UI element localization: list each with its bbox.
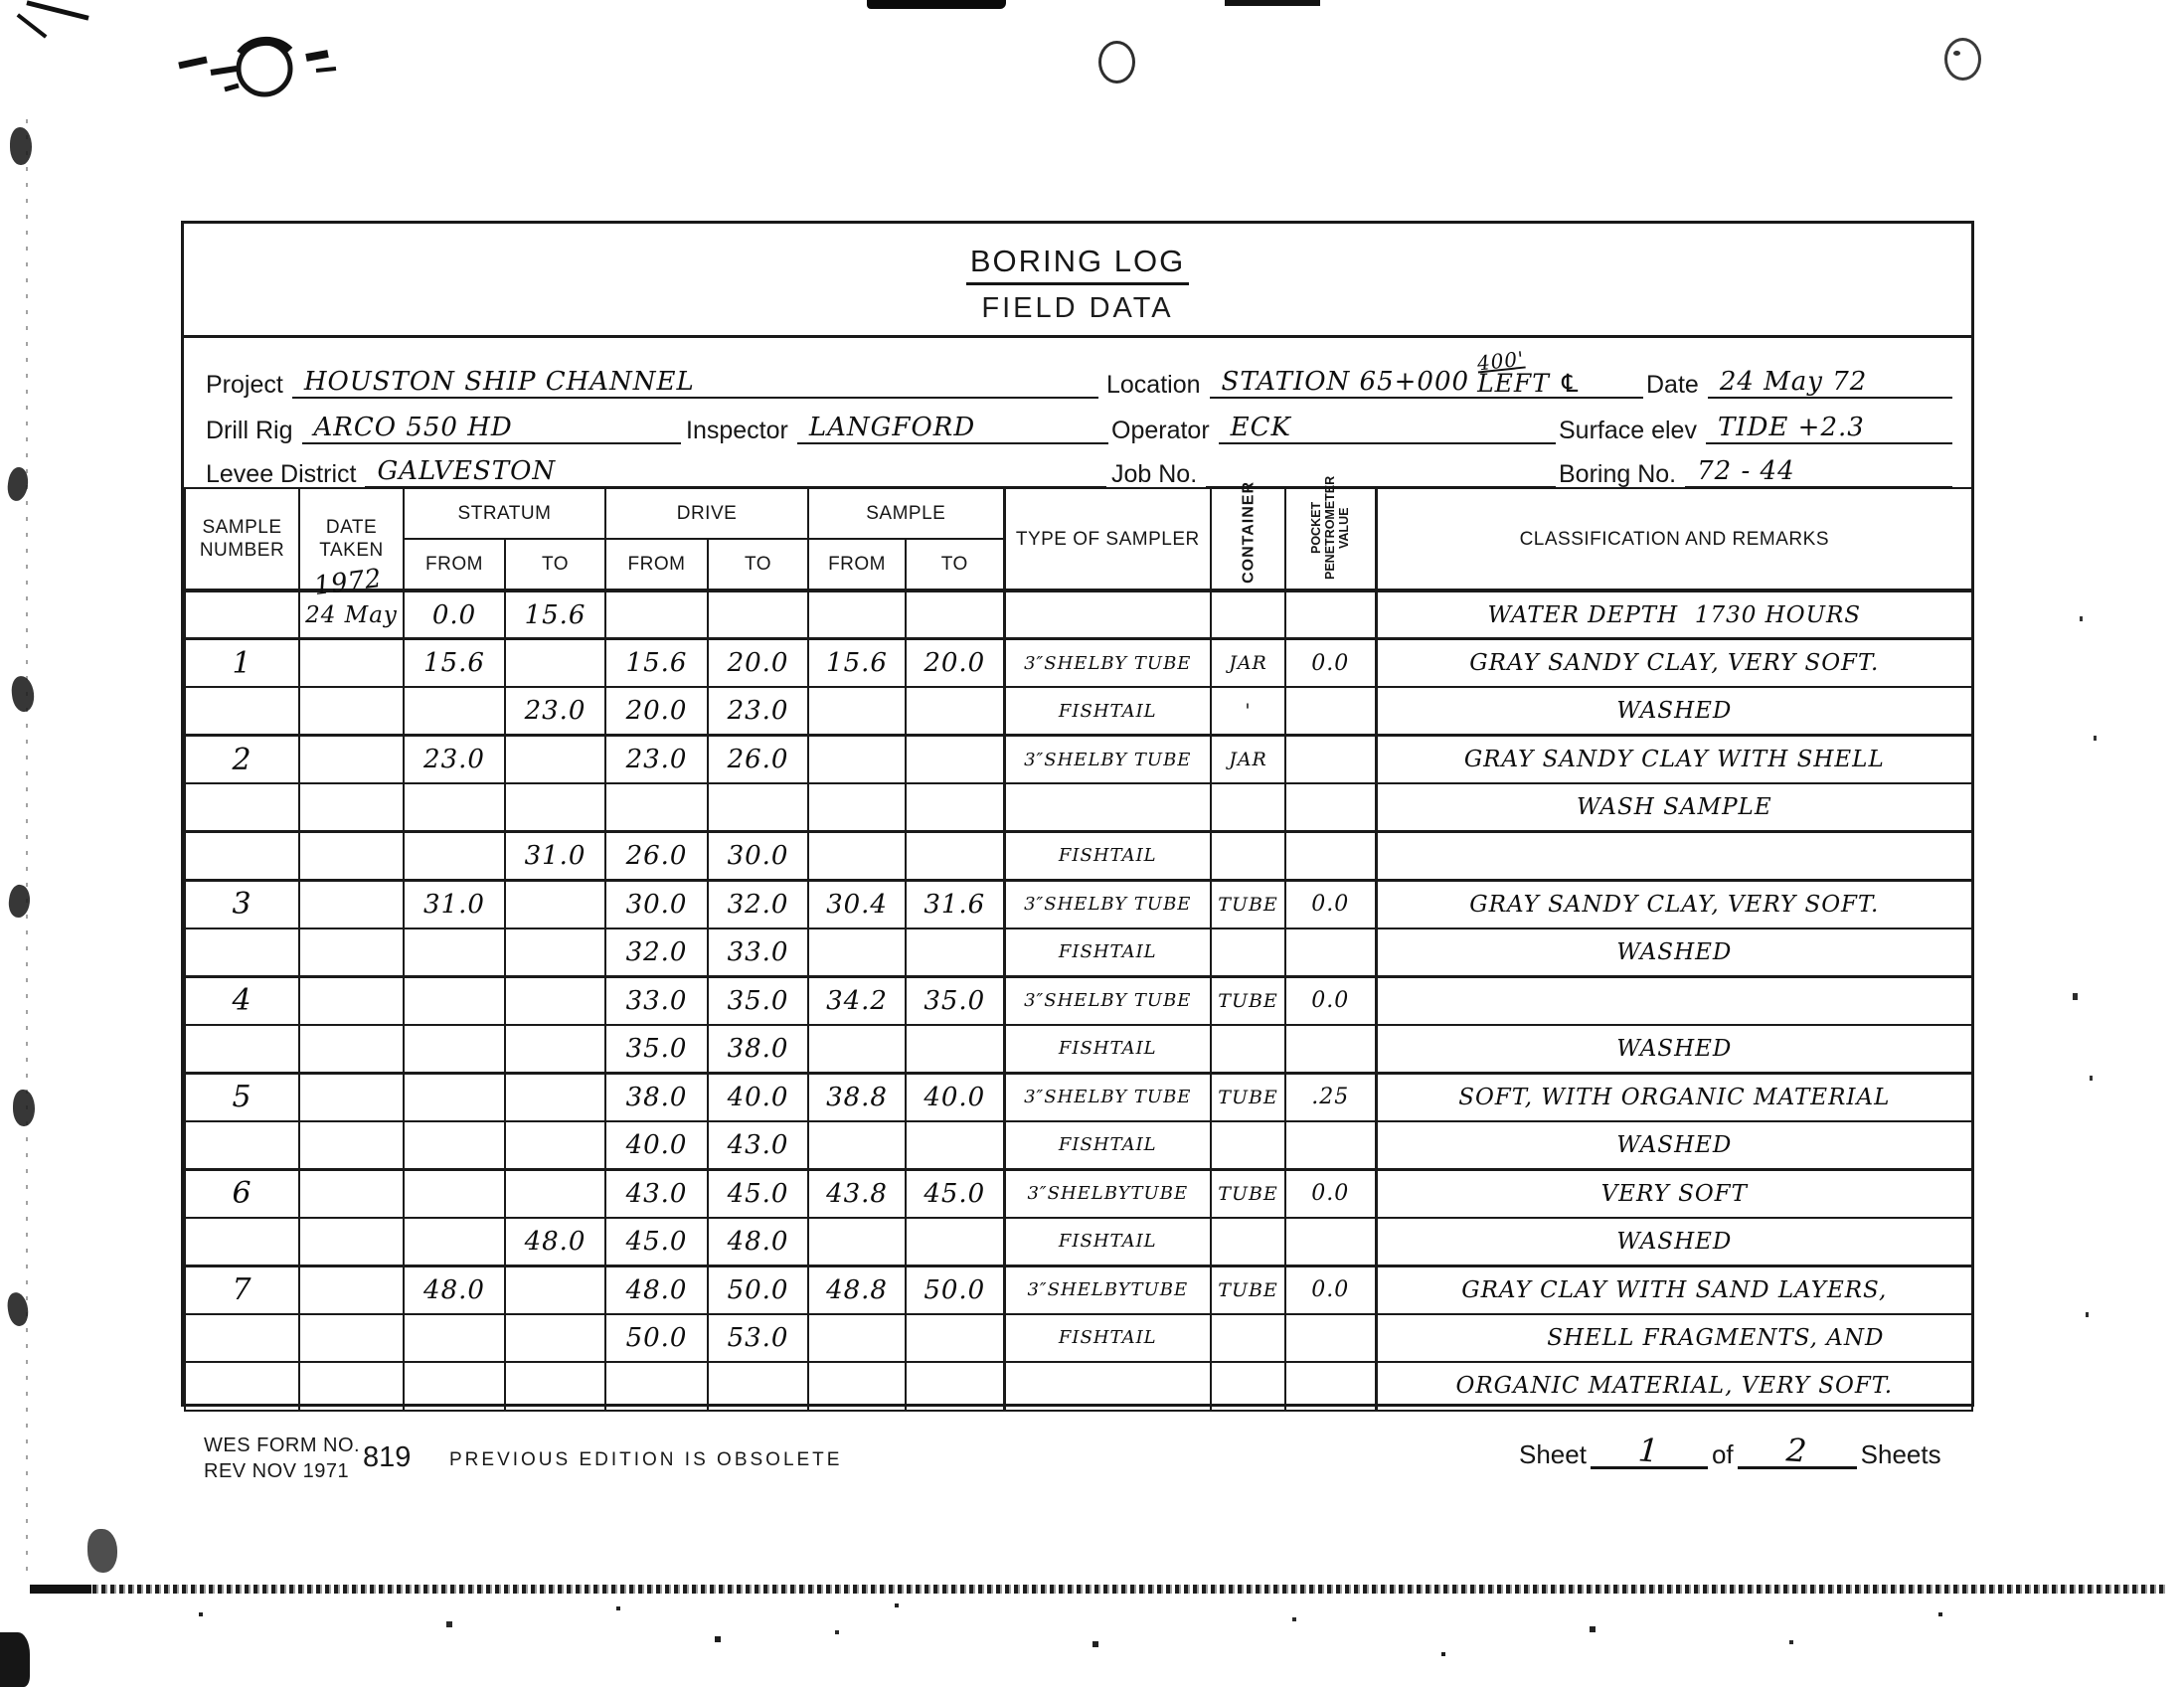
cell-sampler-type: FISHTAIL (1004, 928, 1211, 977)
header-type-of-sampler: TYPE OF SAMPLER (1004, 488, 1211, 590)
cell-classification-remarks: WASHED (1376, 928, 1972, 977)
table-row: 48.0 45.0 48.0 FISHTAIL WASHED (185, 1218, 1972, 1266)
wes-form-no-line1: WES FORM NO. (204, 1433, 360, 1458)
cell-penetrometer-value: .25 (1285, 1073, 1376, 1121)
scan-artifact-corner-stroke (17, 13, 48, 38)
drill-rig-field: Drill Rig ARCO 550 HD (206, 403, 681, 444)
cell-stratum-from (404, 783, 505, 832)
drill-rig-label: Drill Rig (206, 417, 302, 444)
pen-scribble-punch-hole (149, 28, 358, 111)
cell-sample-to (906, 1121, 1004, 1170)
header-sample-number: SAMPLE NUMBER (185, 488, 299, 590)
scan-smudge (87, 1529, 117, 1573)
cell-sampler-type (1004, 1362, 1211, 1411)
cell-container (1211, 832, 1285, 881)
cell-sample-number (185, 1362, 299, 1411)
cell-drive-to (708, 590, 808, 639)
cell-penetrometer-value (1285, 1362, 1376, 1411)
cell-drive-from: 32.0 (605, 928, 708, 977)
scan-smudge (0, 1632, 30, 1687)
cell-sample-from (808, 1362, 906, 1411)
cell-sample-to: 45.0 (906, 1169, 1004, 1218)
table-row: 23.0 20.0 23.0 FISHTAIL ' WASHED (185, 687, 1972, 736)
cell-sampler-type: 3″SHELBYTUBE (1004, 1169, 1211, 1218)
cell-sample-number (185, 783, 299, 832)
cell-drive-to: 45.0 (708, 1169, 808, 1218)
table-row: 2 23.0 23.0 26.0 3″SHELBY TUBE JAR GRAY … (185, 736, 1972, 784)
punch-hole (1098, 41, 1135, 84)
boring-no-value: 72 - 44 (1697, 457, 1794, 485)
cell-drive-from: 43.0 (605, 1169, 708, 1218)
table-row: 5 38.0 40.0 38.8 40.0 3″SHELBY TUBE TUBE… (185, 1073, 1972, 1121)
location-value: STATION 65+000 (1222, 368, 1470, 396)
cell-stratum-from (404, 687, 505, 736)
cell-stratum-from (404, 928, 505, 977)
cell-stratum-to (505, 928, 605, 977)
cell-sample-number (185, 687, 299, 736)
cell-sample-from (808, 736, 906, 784)
cell-container: JAR (1211, 639, 1285, 688)
cell-container (1211, 928, 1285, 977)
cell-sample-from (808, 1025, 906, 1074)
table-row: 7 48.0 48.0 50.0 48.8 50.0 3″SHELBYTUBE … (185, 1265, 1972, 1314)
cell-sample-number: 6 (185, 1169, 299, 1218)
cell-drive-to: 40.0 (708, 1073, 808, 1121)
cell-drive-from: 50.0 (605, 1314, 708, 1363)
surface-elev-underline: TIDE +2.3 (1706, 414, 1952, 444)
cell-stratum-to (505, 1121, 605, 1170)
cell-date-taken (299, 783, 404, 832)
project-label: Project (206, 371, 292, 399)
cell-container (1211, 1025, 1285, 1074)
cell-sample-from (808, 783, 906, 832)
table-row: 32.0 33.0 FISHTAIL WASHED (185, 928, 1972, 977)
table-row: 40.0 43.0 FISHTAIL WASHED (185, 1121, 1972, 1170)
table-row: ORGANIC MATERIAL, VERY SOFT. (185, 1362, 1972, 1411)
surface-elev-label: Surface elev (1559, 417, 1706, 444)
location-label: Location (1106, 371, 1210, 399)
scan-smudge (13, 1090, 35, 1126)
cell-penetrometer-value: 0.0 (1285, 880, 1376, 928)
cell-sampler-type: FISHTAIL (1004, 1121, 1211, 1170)
cell-stratum-from: 0.0 (404, 590, 505, 639)
cell-penetrometer-value: 0.0 (1285, 1265, 1376, 1314)
cell-date-taken (299, 1265, 404, 1314)
cell-sample-number (185, 1314, 299, 1363)
wes-form-number-block: WES FORM NO. REV NOV 1971 (204, 1433, 360, 1484)
cell-container: TUBE (1211, 1073, 1285, 1121)
cell-classification-remarks: WASHED (1376, 687, 1972, 736)
location-field: Location STATION 65+000 400' LEFT ℄ (1106, 357, 1643, 399)
cell-date-taken (299, 1073, 404, 1121)
cell-stratum-from (404, 1314, 505, 1363)
project-underline: HOUSTON SHIP CHANNEL (292, 368, 1098, 399)
cell-penetrometer-value (1285, 736, 1376, 784)
operator-value: ECK (1231, 414, 1291, 441)
location-tail-value: LEFT ℄ (1477, 371, 1582, 396)
sheet-number-value: 1 (1637, 1434, 1660, 1465)
cell-sample-number: 2 (185, 736, 299, 784)
cell-drive-to: 48.0 (708, 1218, 808, 1266)
cell-date-taken (299, 687, 404, 736)
cell-classification-remarks: WASH SAMPLE (1376, 783, 1972, 832)
header-stratum-from: FROM (404, 539, 505, 590)
form-title-block: BORING LOG FIELD DATA (184, 244, 1971, 325)
cell-stratum-to (505, 1362, 605, 1411)
boring-no-label: Boring No. (1559, 460, 1685, 488)
total-sheets-value: 2 (1785, 1434, 1808, 1465)
cell-drive-to (708, 1362, 808, 1411)
cell-date-taken (299, 1362, 404, 1411)
cell-drive-to: 20.0 (708, 639, 808, 688)
title-divider-rule (184, 335, 1971, 338)
cell-classification-remarks (1376, 832, 1972, 881)
levee-district-value: GALVESTON (377, 457, 556, 485)
cell-stratum-from (404, 1218, 505, 1266)
cell-sample-to (906, 736, 1004, 784)
project-value: HOUSTON SHIP CHANNEL (304, 368, 695, 396)
cell-sample-number (185, 1025, 299, 1074)
obsolete-note: PREVIOUS EDITION IS OBSOLETE (449, 1449, 842, 1471)
cell-stratum-from (404, 1025, 505, 1074)
header-sample-to: TO (906, 539, 1004, 590)
cell-container: ' (1211, 687, 1285, 736)
cell-stratum-to: 23.0 (505, 687, 605, 736)
location-insert-value: 400' (1476, 352, 1525, 374)
total-sheets-underline: 2 (1738, 1435, 1857, 1469)
cell-sampler-type: 3″SHELBYTUBE (1004, 1265, 1211, 1314)
cell-date-taken (299, 976, 404, 1025)
form-subtitle: FIELD DATA (184, 292, 1971, 325)
operator-label: Operator (1111, 417, 1219, 444)
cell-sampler-type: 3″SHELBY TUBE (1004, 880, 1211, 928)
cell-sample-from (808, 1314, 906, 1363)
of-label: of (1712, 1439, 1734, 1469)
cell-sample-number: 7 (185, 1265, 299, 1314)
cell-sample-from (808, 1121, 906, 1170)
scanned-boring-log-page: BORING LOG FIELD DATA Project HOUSTON SH… (0, 0, 2184, 1687)
cell-classification-remarks: SOFT, WITH ORGANIC MATERIAL (1376, 1073, 1972, 1121)
cell-drive-from: 26.0 (605, 832, 708, 881)
cell-sampler-type: 3″SHELBY TUBE (1004, 736, 1211, 784)
table-row: 31.0 26.0 30.0 FISHTAIL (185, 832, 1972, 881)
job-no-label: Job No. (1111, 460, 1206, 488)
header-pocket-penetrometer: POCKET PENETROMETER VALUE (1285, 488, 1376, 590)
cell-penetrometer-value: 0.0 (1285, 639, 1376, 688)
header-classification-remarks: CLASSIFICATION AND REMARKS (1376, 488, 1972, 590)
cell-stratum-to: 31.0 (505, 832, 605, 881)
cell-container (1211, 1218, 1285, 1266)
cell-classification-remarks: WASHED (1376, 1218, 1972, 1266)
date-taken-year-note: 1972 (313, 568, 383, 598)
project-field: Project HOUSTON SHIP CHANNEL (206, 357, 1098, 399)
cell-sample-to (906, 783, 1004, 832)
cell-drive-to: 30.0 (708, 832, 808, 881)
cell-sample-number (185, 590, 299, 639)
cell-drive-from (605, 1362, 708, 1411)
sheet-label: Sheet (1519, 1439, 1587, 1469)
cell-drive-from: 48.0 (605, 1265, 708, 1314)
cell-classification-remarks: GRAY CLAY WITH SAND LAYERS, (1376, 1265, 1972, 1314)
cell-sampler-type (1004, 590, 1211, 639)
cell-sample-to (906, 1218, 1004, 1266)
cell-sampler-type: FISHTAIL (1004, 1025, 1211, 1074)
cell-stratum-to (505, 639, 605, 688)
cell-drive-from (605, 590, 708, 639)
cell-drive-from: 40.0 (605, 1121, 708, 1170)
cell-stratum-to: 15.6 (505, 590, 605, 639)
cell-stratum-from: 15.6 (404, 639, 505, 688)
table-row: WASH SAMPLE (185, 783, 1972, 832)
cell-sampler-type: FISHTAIL (1004, 1218, 1211, 1266)
cell-stratum-to (505, 1314, 605, 1363)
cell-sampler-type (1004, 783, 1211, 832)
table-row: 4 33.0 35.0 34.2 35.0 3″SHELBY TUBE TUBE… (185, 976, 1972, 1025)
cell-classification-remarks: WASHED (1376, 1121, 1972, 1170)
cell-sample-to: 40.0 (906, 1073, 1004, 1121)
table-row: 35.0 38.0 FISHTAIL WASHED (185, 1025, 1972, 1074)
scan-artifact-bottom-edge (30, 1585, 2167, 1594)
cell-container (1211, 1121, 1285, 1170)
cell-stratum-from (404, 1169, 505, 1218)
cell-penetrometer-value (1285, 928, 1376, 977)
cell-sample-to (906, 928, 1004, 977)
date-value: 24 May 72 (1720, 368, 1868, 396)
cell-drive-to: 53.0 (708, 1314, 808, 1363)
scan-artifact-corner-stroke (26, 0, 88, 20)
form-number: 819 (363, 1441, 411, 1474)
cell-sample-from (808, 1218, 906, 1266)
surface-elev-value: TIDE +2.3 (1718, 414, 1865, 441)
boring-no-underline: 72 - 44 (1685, 457, 1952, 488)
cell-sample-from (808, 928, 906, 977)
cell-stratum-to (505, 880, 605, 928)
cell-date-taken (299, 1025, 404, 1074)
cell-date-taken (299, 928, 404, 977)
inspector-underline: LANGFORD (797, 414, 1108, 444)
scan-artifact-edge (867, 0, 1006, 9)
cell-classification-remarks: SHELL FRAGMENTS, AND (1376, 1314, 1972, 1363)
cell-penetrometer-value (1285, 1121, 1376, 1170)
scan-noise-dots (199, 1612, 203, 1616)
cell-drive-from: 30.0 (605, 880, 708, 928)
cell-stratum-from (404, 1073, 505, 1121)
wes-form-no-line2: REV NOV 1971 (204, 1458, 360, 1484)
cell-penetrometer-value (1285, 687, 1376, 736)
scan-smudge (10, 127, 32, 165)
cell-sampler-type: FISHTAIL (1004, 687, 1211, 736)
table-row: 3 31.0 30.0 32.0 30.4 31.6 3″SHELBY TUBE… (185, 880, 1972, 928)
cell-container (1211, 1314, 1285, 1363)
cell-stratum-from: 23.0 (404, 736, 505, 784)
cell-container (1211, 783, 1285, 832)
operator-underline: ECK (1219, 414, 1556, 444)
cell-drive-from: 15.6 (605, 639, 708, 688)
cell-container: TUBE (1211, 880, 1285, 928)
levee-district-label: Levee District (206, 460, 365, 488)
cell-container (1211, 1362, 1285, 1411)
cell-date-taken (299, 1218, 404, 1266)
drill-rig-value: ARCO 550 HD (314, 414, 513, 441)
cell-sample-to (906, 687, 1004, 736)
cell-container: JAR (1211, 736, 1285, 784)
cell-sample-from: 34.2 (808, 976, 906, 1025)
cell-classification-remarks: ORGANIC MATERIAL, VERY SOFT. (1376, 1362, 1972, 1411)
scan-noise-dots (2080, 616, 2083, 621)
cell-stratum-to: 48.0 (505, 1218, 605, 1266)
cell-sample-number (185, 1218, 299, 1266)
cell-sample-number (185, 1121, 299, 1170)
header-container: CONTAINER (1211, 488, 1285, 590)
cell-sample-number: 5 (185, 1073, 299, 1121)
cell-drive-from: 23.0 (605, 736, 708, 784)
location-insert-stack: 400' LEFT ℄ (1477, 354, 1582, 396)
cell-sample-to: 20.0 (906, 639, 1004, 688)
cell-stratum-from (404, 832, 505, 881)
cell-penetrometer-value (1285, 1314, 1376, 1363)
cell-date-taken (299, 1314, 404, 1363)
cell-stratum-to (505, 976, 605, 1025)
cell-classification-remarks: WASHED (1376, 1025, 1972, 1074)
table-row: 24 May 0.0 15.6 WATER DEPTH 1730 HOURS (185, 590, 1972, 639)
cell-sample-from (808, 687, 906, 736)
cell-penetrometer-value: 0.0 (1285, 1169, 1376, 1218)
header-date-taken: DATE TAKEN 1972 (299, 488, 404, 590)
cell-sample-number: 3 (185, 880, 299, 928)
sheet-number-underline: 1 (1591, 1435, 1708, 1469)
cell-sample-from: 30.4 (808, 880, 906, 928)
cell-drive-to: 38.0 (708, 1025, 808, 1074)
date-field: Date 24 May 72 (1646, 357, 1952, 399)
cell-sample-from (808, 832, 906, 881)
cell-penetrometer-value (1285, 832, 1376, 881)
table-row: 50.0 53.0 FISHTAIL SHELL FRAGMENTS, AND (185, 1314, 1972, 1363)
scan-smudge (10, 675, 36, 713)
cell-drive-to (708, 783, 808, 832)
cell-penetrometer-value: 0.0 (1285, 976, 1376, 1025)
sheets-label: Sheets (1861, 1439, 1941, 1469)
cell-sample-from: 15.6 (808, 639, 906, 688)
cell-sample-number: 4 (185, 976, 299, 1025)
cell-stratum-to (505, 1073, 605, 1121)
cell-drive-from: 38.0 (605, 1073, 708, 1121)
punch-hole (1944, 38, 1981, 81)
location-underline: STATION 65+000 400' LEFT ℄ (1210, 354, 1643, 399)
inspector-value: LANGFORD (809, 414, 975, 441)
cell-sample-number (185, 832, 299, 881)
cell-container: TUBE (1211, 976, 1285, 1025)
cell-sample-to (906, 590, 1004, 639)
cell-drive-to: 23.0 (708, 687, 808, 736)
header-drive-from: FROM (605, 539, 708, 590)
cell-sampler-type: 3″SHELBY TUBE (1004, 976, 1211, 1025)
cell-classification-remarks (1376, 976, 1972, 1025)
cell-drive-from: 33.0 (605, 976, 708, 1025)
cell-stratum-from (404, 1362, 505, 1411)
pocket-penetrometer-vertical-label: POCKET PENETROMETER VALUE (1309, 472, 1351, 584)
cell-drive-to: 33.0 (708, 928, 808, 977)
cell-sample-from (808, 590, 906, 639)
drill-rig-underline: ARCO 550 HD (302, 414, 682, 444)
cell-classification-remarks: GRAY SANDY CLAY WITH SHELL (1376, 736, 1972, 784)
cell-sample-from: 43.8 (808, 1169, 906, 1218)
date-underline: 24 May 72 (1708, 368, 1952, 399)
cell-classification-remarks: GRAY SANDY CLAY, VERY SOFT. (1376, 880, 1972, 928)
cell-date-taken (299, 639, 404, 688)
cell-date-taken (299, 1169, 404, 1218)
cell-sample-to (906, 1314, 1004, 1363)
cell-drive-to: 43.0 (708, 1121, 808, 1170)
surface-elev-field: Surface elev TIDE +2.3 (1559, 403, 1952, 444)
cell-sample-from: 48.8 (808, 1265, 906, 1314)
cell-container: TUBE (1211, 1169, 1285, 1218)
cell-stratum-from (404, 976, 505, 1025)
cell-penetrometer-value (1285, 590, 1376, 639)
cell-sampler-type: FISHTAIL (1004, 832, 1211, 881)
date-label: Date (1646, 371, 1708, 399)
cell-stratum-to (505, 783, 605, 832)
scan-artifact-edge (1225, 0, 1320, 6)
inspector-label: Inspector (686, 417, 797, 444)
cell-drive-to: 32.0 (708, 880, 808, 928)
scan-artifact-left-edge (26, 119, 28, 1581)
header-sample: SAMPLE (808, 488, 1004, 539)
form-title: BORING LOG (966, 244, 1189, 285)
cell-stratum-from (404, 1121, 505, 1170)
cell-drive-from: 45.0 (605, 1218, 708, 1266)
cell-classification-remarks: GRAY SANDY CLAY, VERY SOFT. (1376, 639, 1972, 688)
table-row: 1 15.6 15.6 20.0 15.6 20.0 3″SHELBY TUBE… (185, 639, 1972, 688)
cell-date-taken (299, 1121, 404, 1170)
cell-sample-from: 38.8 (808, 1073, 906, 1121)
cell-classification-remarks: VERY SOFT (1376, 1169, 1972, 1218)
cell-stratum-from: 31.0 (404, 880, 505, 928)
sheet-count-row: Sheet 1 of 2 Sheets (1519, 1428, 1981, 1469)
levee-district-field: Levee District GALVESTON (206, 446, 1106, 488)
cell-sample-to: 35.0 (906, 976, 1004, 1025)
cell-sampler-type: FISHTAIL (1004, 1314, 1211, 1363)
cell-sampler-type: 3″SHELBY TUBE (1004, 639, 1211, 688)
cell-date-taken (299, 832, 404, 881)
header-stratum: STRATUM (404, 488, 605, 539)
centerline-symbol: ℄ (1559, 369, 1582, 398)
cell-sample-number: 1 (185, 639, 299, 688)
boring-log-table: SAMPLE NUMBER DATE TAKEN 1972 STRATUM DR… (184, 487, 1973, 1412)
header-sample-from: FROM (808, 539, 906, 590)
cell-date-taken (299, 880, 404, 928)
container-vertical-label: CONTAINER (1237, 481, 1260, 584)
cell-drive-from: 35.0 (605, 1025, 708, 1074)
cell-stratum-to (505, 1025, 605, 1074)
cell-sample-to: 31.6 (906, 880, 1004, 928)
cell-penetrometer-value (1285, 783, 1376, 832)
boring-no-field: Boring No. 72 - 44 (1559, 446, 1952, 488)
cell-drive-from: 20.0 (605, 687, 708, 736)
cell-stratum-to (505, 736, 605, 784)
cell-classification-remarks: WATER DEPTH 1730 HOURS (1376, 590, 1972, 639)
cell-penetrometer-value (1285, 1025, 1376, 1074)
cell-date-taken (299, 736, 404, 784)
header-drive-to: TO (708, 539, 808, 590)
table-row: 6 43.0 45.0 43.8 45.0 3″SHELBYTUBE TUBE … (185, 1169, 1972, 1218)
header-stratum-to: TO (505, 539, 605, 590)
cell-container: TUBE (1211, 1265, 1285, 1314)
cell-drive-to: 26.0 (708, 736, 808, 784)
cell-sample-number (185, 928, 299, 977)
header-drive: DRIVE (605, 488, 808, 539)
cell-sample-to (906, 1025, 1004, 1074)
cell-sample-to (906, 1362, 1004, 1411)
